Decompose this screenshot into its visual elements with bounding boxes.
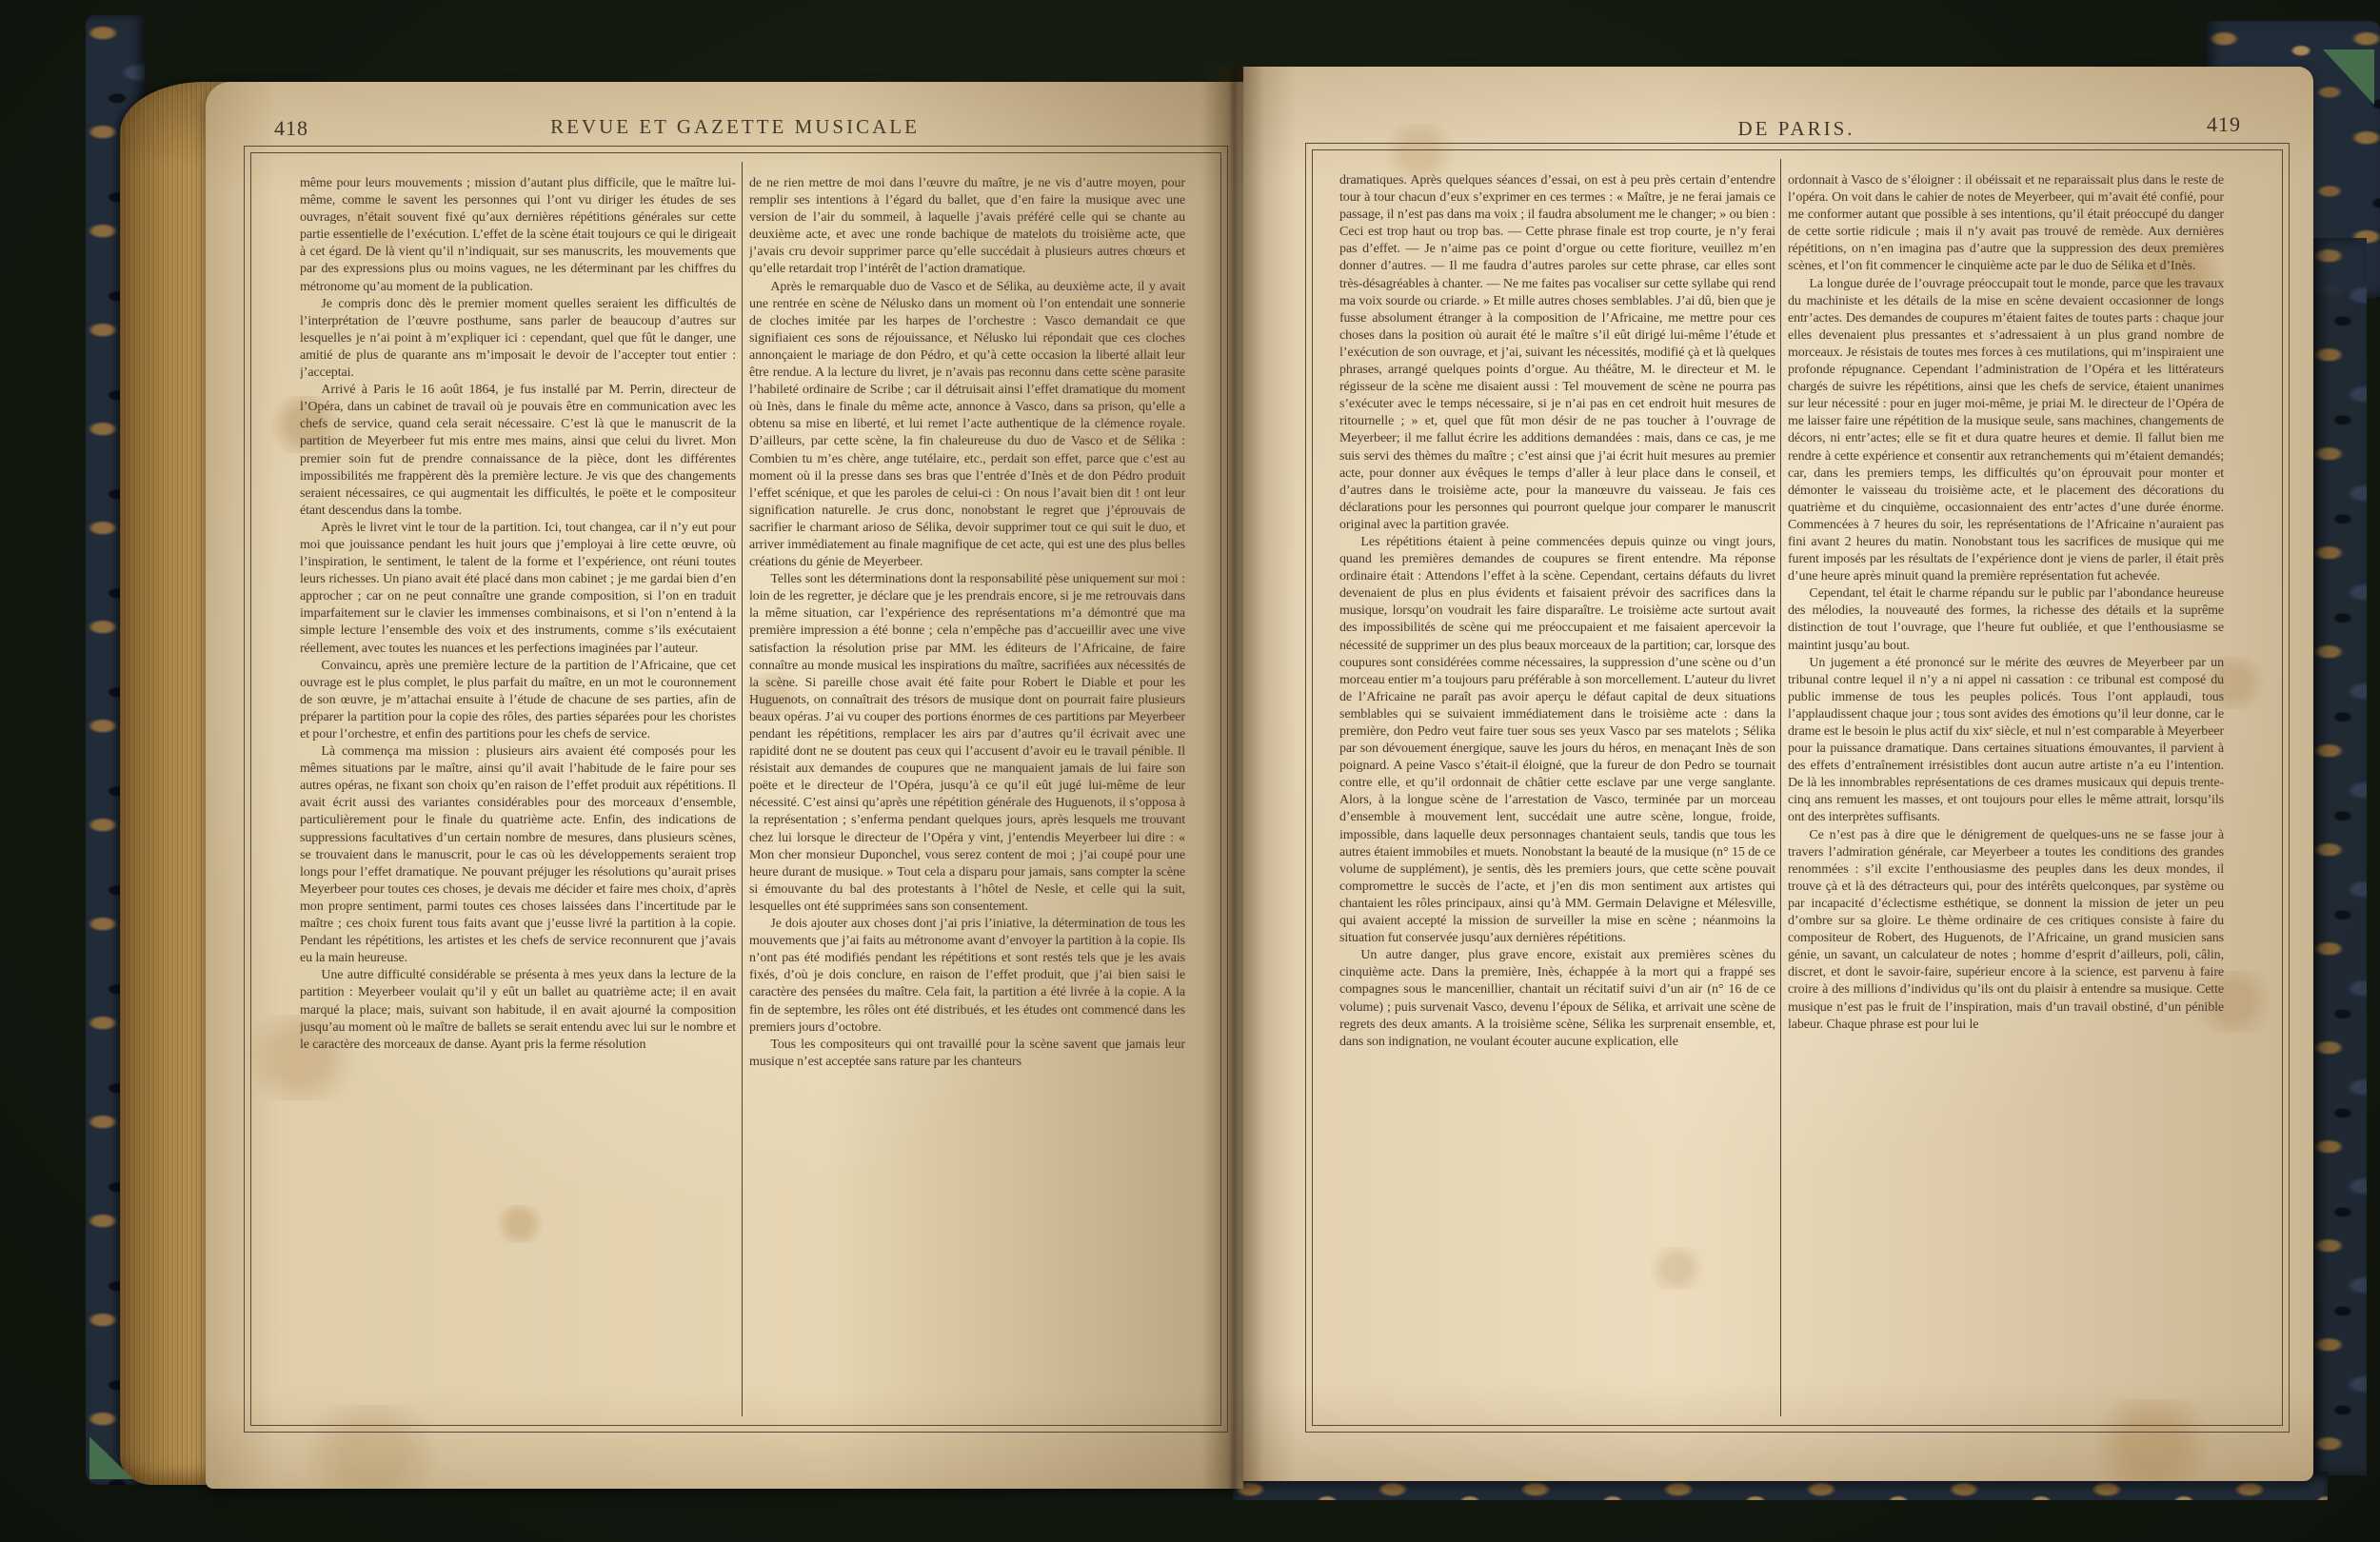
paragraph: ordonnait à Vasco de s’éloigner : il obé…	[1788, 172, 2224, 276]
paragraph: Ce n’est pas à dire que le dénigrement d…	[1788, 827, 2224, 1034]
paragraph: Convaincu, après une première lecture de…	[300, 658, 736, 743]
left-page-column-1: même pour leurs mouvements ; mission d’a…	[300, 175, 736, 1405]
paragraph: dramatiques. Après quelques séances d’es…	[1339, 172, 1775, 534]
paragraph: Les répétitions étaient à peine commencé…	[1339, 534, 1775, 947]
text-frame-right: dramatiques. Après quelques séances d’es…	[1305, 143, 2290, 1433]
photo-background: 418 REVUE ET GAZETTE MUSICALE même pour …	[0, 0, 2380, 1542]
paragraph: Tous les compositeurs qui ont travaillé …	[749, 1037, 1185, 1071]
book-gutter-shadow	[1201, 67, 1264, 1489]
paragraph: La longue durée de l’ouvrage préoccupait…	[1788, 276, 2224, 586]
paragraph: Telles sont les déterminations dont la r…	[749, 571, 1185, 916]
paragraph: Je compris donc dès le premier moment qu…	[300, 296, 736, 382]
text-frame-left: même pour leurs mouvements ; mission d’a…	[244, 146, 1228, 1433]
running-title-left: REVUE ET GAZETTE MUSICALE	[244, 115, 1226, 139]
running-title-right: DE PARIS.	[1305, 117, 2288, 141]
paragraph: Un jugement a été prononcé sur le mérite…	[1788, 655, 2224, 827]
page-number-right: 419	[2207, 112, 2241, 137]
right-page-column-2: ordonnait à Vasco de s’éloigner : il obé…	[1788, 172, 2224, 1402]
column-divider-rule	[1780, 159, 1781, 1416]
paragraph: Là commença ma mission : plusieurs airs …	[300, 743, 736, 967]
paragraph: Après le remarquable duo de Vasco et de …	[749, 279, 1185, 572]
marbled-cover-right-edge	[2311, 238, 2367, 1475]
left-page-column-2: de ne rien mettre de moi dans l’œuvre du…	[749, 175, 1185, 1405]
paragraph: Arrivé à Paris le 16 août 1864, je fus i…	[300, 382, 736, 520]
paragraph: Cependant, tel était le charme répandu s…	[1788, 585, 2224, 654]
paragraph: Je dois ajouter aux choses dont j’ai pri…	[749, 916, 1185, 1037]
paragraph: même pour leurs mouvements ; mission d’a…	[300, 175, 736, 296]
right-page-column-1: dramatiques. Après quelques séances d’es…	[1339, 172, 1775, 1402]
column-divider-rule	[742, 162, 743, 1416]
paragraph: Un autre danger, plus grave encore, exis…	[1339, 947, 1775, 1051]
left-page: 418 REVUE ET GAZETTE MUSICALE même pour …	[206, 82, 1243, 1489]
paragraph: Une autre difficulté considérable se pré…	[300, 967, 736, 1053]
paragraph: Après le livret vint le tour de la parti…	[300, 520, 736, 658]
right-page: DE PARIS. 419 dramatiques. Après quelque…	[1243, 67, 2313, 1481]
paragraph: de ne rien mettre de moi dans l’œuvre du…	[749, 175, 1185, 279]
